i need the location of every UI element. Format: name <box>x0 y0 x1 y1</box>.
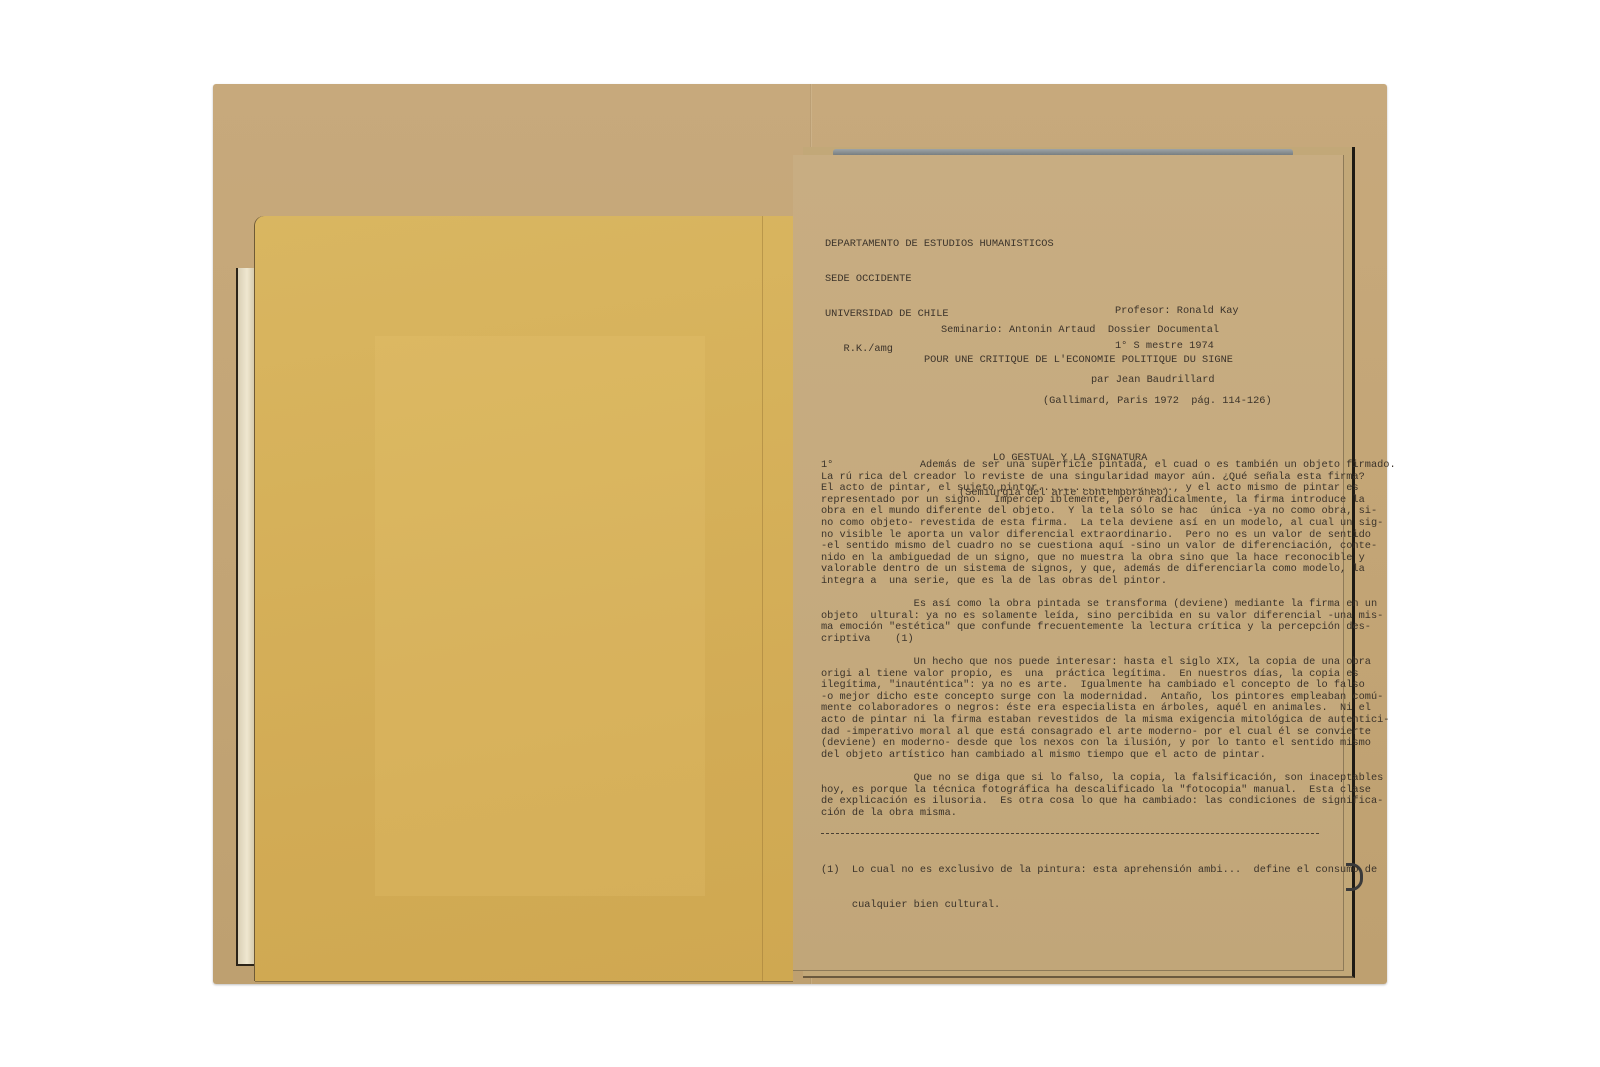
paragraph: Que no se diga que si lo falso, la copia… <box>821 773 1396 819</box>
yellow-blank-page <box>255 216 793 981</box>
header-line: UNIVERSIDAD DE CHILE <box>825 309 1054 321</box>
typed-document-stack: DEPARTAMENTO DE ESTUDIOS HUMANISTICOS SE… <box>793 143 1355 978</box>
text-line: ción de la obra misma. <box>821 808 1396 820</box>
text-line: Que no se diga que si lo falso, la copia… <box>821 773 1396 785</box>
typed-page: DEPARTAMENTO DE ESTUDIOS HUMANISTICOS SE… <box>793 155 1344 971</box>
text-line: del objeto artístico han cambiado al mis… <box>821 750 1396 762</box>
seminar-line: Seminario: Antonin Artaud Dossier Docume… <box>941 325 1219 337</box>
paragraph: Es así como la obra pintada se transform… <box>821 599 1396 645</box>
footnote-separator <box>821 833 1319 834</box>
footnote-line: (1) Lo cual no es exclusivo de la pintur… <box>821 865 1377 877</box>
semester: 1° S mestre 1974 <box>1115 341 1239 353</box>
text-line: criptiva (1) <box>821 634 1396 646</box>
text-line: 1° Además de ser una superficie pintada,… <box>821 460 1396 472</box>
text-line: acto de pintar ni la firma estaban reves… <box>821 715 1396 727</box>
footnote-line: cualquier bien cultural. <box>821 900 1377 912</box>
author-line: par Jean Baudrillard <box>1091 375 1215 387</box>
paragraph: Un hecho que nos puede interesar: hasta … <box>821 657 1396 761</box>
paragraph: 1° Además de ser una superficie pintada,… <box>821 460 1396 588</box>
professor-name: Profesor: Ronald Kay <box>1115 306 1239 318</box>
page-crease <box>762 216 763 981</box>
header-line: SEDE OCCIDENTE <box>825 274 1054 286</box>
page-discoloration <box>375 336 705 896</box>
text-line: no como objeto- revestida de esta firma.… <box>821 518 1396 530</box>
header-line: DEPARTAMENTO DE ESTUDIOS HUMANISTICOS <box>825 239 1054 251</box>
inner-sheet-edge <box>236 268 256 966</box>
text-line: integra a una serie, que es la de las ob… <box>821 576 1396 588</box>
text-line: -el sentido mismo del cuadro no se cuest… <box>821 541 1396 553</box>
body-text: 1° Además de ser una superficie pintada,… <box>821 460 1396 819</box>
text-line: Un hecho que nos puede interesar: hasta … <box>821 657 1396 669</box>
text-line: Es así como la obra pintada se transform… <box>821 599 1396 611</box>
footnote: (1) Lo cual no es exclusivo de la pintur… <box>821 842 1377 935</box>
edition-line: (Gallimard, Paris 1972 pág. 114-126) <box>1043 396 1272 408</box>
document-title: POUR UNE CRITIQUE DE L'ECONOMIE POLITIQU… <box>924 355 1233 367</box>
